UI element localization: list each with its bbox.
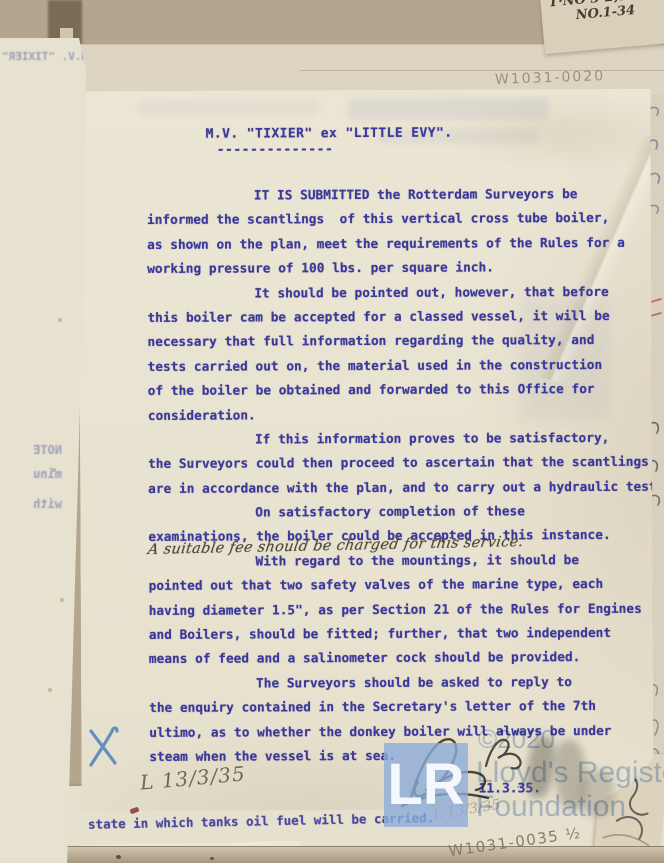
typed-line: It should be pointed out, however, that … [147,280,664,307]
typed-line: informed the scantlings of this vertical… [147,207,664,234]
typed-line: as shown on the plan, meet the requireme… [147,231,664,258]
typed-line: necessary that full information regardin… [147,329,664,356]
mirrored-showthrough-title: M.V. "TIXIER" [2,50,88,63]
stain-dot [116,855,121,859]
paper-edge-line [300,70,664,71]
paper-speck [58,318,62,322]
watermark-foundation: Foundation [476,790,626,824]
stain-dot [210,857,214,860]
bottom-paper-edge [0,846,664,863]
typed-line: and Boilers, should be fitted; further, … [149,622,664,649]
main-typed-page: M.V. "TIXIER" ex "LITTLE EVY". ---------… [78,89,653,811]
typed-line: the Surveyors could then proceed to asce… [148,451,664,478]
typed-line: consideration. [148,402,664,429]
watermark-copyright: ©2020 [478,724,555,755]
typed-line: of the boiler be obtained and forwarded … [148,378,664,405]
logo-letter-l: L [387,756,422,814]
document-title: M.V. "TIXIER" ex "LITTLE EVY". [206,126,453,142]
scanned-document-canvas: T·NO 3-2,3 NO.1-34 state in which tanks [0,0,664,863]
typed-body: IT IS SUBMITTED the Rotterdam Surveyors … [147,183,664,771]
paper-speck [60,598,64,602]
typed-line: the enquiry contained in the Secretary's… [149,695,664,722]
paper-speck [52,468,56,472]
logo-letter-r: R [423,756,465,814]
showthrough-smudge [138,100,318,115]
typed-line: IT IS SUBMITTED the Rotterdam Surveyors … [147,183,664,210]
typed-line: working pressure of 100 lbs. per square … [147,256,664,283]
typed-line: On satisfactory completion of these [148,500,664,527]
watermark-name: Lloyd's Register [476,756,664,790]
typed-line: If this information proves to be satisfa… [148,427,664,454]
typed-line: pointed out that two safety valves of th… [149,573,664,600]
mirrored-fragment: with [2,497,62,511]
typed-line: having diameter 1.5", as per Section 21 … [149,597,664,624]
typed-line: this boiler cam be accepted for a classe… [147,305,664,332]
showthrough-smudge [348,97,548,120]
title-underline-dashes: -------------- [217,142,334,158]
underlying-typed-line: state in which tanks oil fuel will be ca… [88,810,434,832]
typed-line: are in accordance with the plan, and to … [148,475,664,502]
margin-x-mark [86,724,120,772]
paper-speck [48,688,52,692]
mirrored-fragment: NOTE [2,443,62,457]
lloyds-register-logo: L R [384,743,468,827]
typed-line: means of feed and a salinometer cock sho… [149,646,664,673]
left-folded-sheet: M.V. "TIXIER" NOTE minu with [0,38,86,863]
typed-line: The Surveyors should be asked to reply t… [149,670,664,697]
typed-line: tests carried out on, the material used … [148,353,664,380]
